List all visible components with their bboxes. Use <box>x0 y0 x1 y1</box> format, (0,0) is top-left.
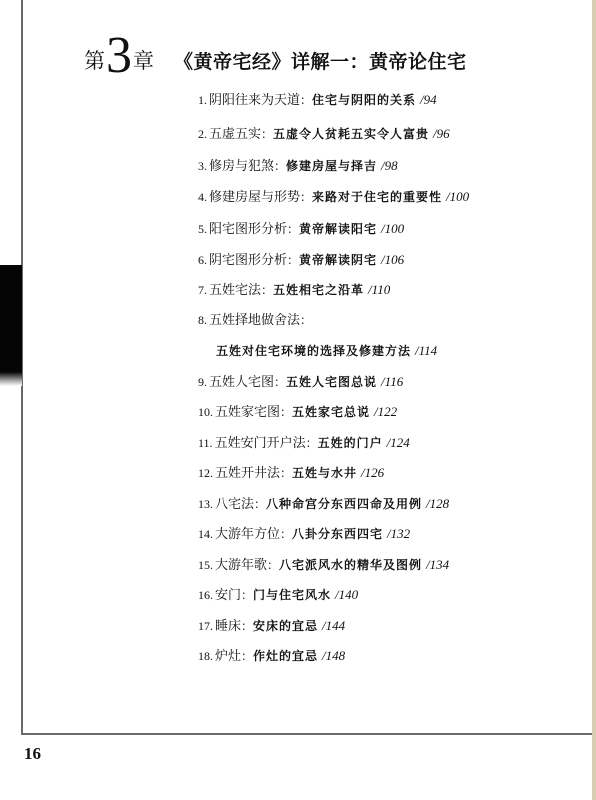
toc-entry[interactable]: 9.五姓人宅图：五姓人宅图总说/116 <box>198 374 403 391</box>
toc-entry-page: /132 <box>387 526 410 541</box>
toc-entry-separator: ： <box>241 588 253 602</box>
toc-entry-separator: ： <box>287 222 299 236</box>
toc-entry-page: /94 <box>420 92 437 107</box>
toc-entry-separator: ： <box>280 527 292 541</box>
toc-entry[interactable]: 15.大游年歌：八宅派风水的精华及图例/134 <box>198 557 449 574</box>
toc-entry-page: /122 <box>374 404 397 419</box>
toc-entry-number: 1. <box>198 93 207 107</box>
toc-entry-subtitle: 八卦分东西四宅 <box>292 527 383 541</box>
toc-entry-title: 修房与犯煞 <box>209 159 274 174</box>
chapter-prefix: 第 <box>84 51 105 78</box>
toc-entry-subtitle: 五姓对住宅环境的选择及修建方法 <box>216 344 411 358</box>
toc-entry-number: 15. <box>198 558 213 572</box>
toc-entry-page: /148 <box>322 648 345 663</box>
toc-entry-subtitle: 作灶的宜忌 <box>253 649 318 663</box>
toc-entry[interactable]: 10.五姓家宅图：五姓家宅总说/122 <box>198 404 397 421</box>
toc-entry-subtitle: 门与住宅风水 <box>253 588 331 602</box>
toc-entry-number: 17. <box>198 619 213 633</box>
toc-entry-page: /100 <box>446 189 469 204</box>
toc-entry-subtitle: 五姓与水井 <box>292 466 357 480</box>
toc-entry-subtitle: 修建房屋与择吉 <box>286 159 377 173</box>
toc-entry-page: /144 <box>322 618 345 633</box>
toc-entry-page: /134 <box>426 557 449 572</box>
toc-entry-separator: ： <box>261 283 273 297</box>
toc-entry-separator: ： <box>287 253 299 267</box>
toc-entry[interactable]: 1.阴阳往来为天道：住宅与阴阳的关系/94 <box>198 92 437 109</box>
toc-entry-page: /96 <box>433 126 450 141</box>
toc-entry-number: 4. <box>198 190 207 204</box>
page-number: 16 <box>24 744 41 764</box>
toc-entry[interactable]: 12.五姓开井法：五姓与水井/126 <box>198 465 384 482</box>
toc-entry[interactable]: 6.阴宅图形分析：黄帝解读阴宅/106 <box>198 252 404 269</box>
toc-entry-separator: ： <box>300 313 312 327</box>
toc-entry-title: 阳宅图形分析 <box>209 222 287 237</box>
toc-entry-number: 18. <box>198 649 213 663</box>
toc-entry-title: 修建房屋与形势 <box>209 190 300 205</box>
toc-entry-separator: ： <box>300 190 312 204</box>
toc-entry[interactable]: 2.五虚五实：五虚令人贫耗五实令人富贵/96 <box>198 126 450 143</box>
toc-entry-number: 13. <box>198 497 213 511</box>
toc-entry-page: /98 <box>381 158 398 173</box>
toc-entry-subtitle: 八宅派风水的精华及图例 <box>279 558 422 572</box>
toc-entry-number: 8. <box>198 313 207 327</box>
toc-entry-subtitle: 黄帝解读阳宅 <box>299 222 377 236</box>
toc-entry-title: 安门 <box>215 588 241 603</box>
toc-entry-number: 9. <box>198 375 207 389</box>
toc-entry-title: 睡床 <box>215 619 241 634</box>
toc-entry-title: 五姓择地做舍法 <box>209 313 300 328</box>
toc-entry-separator: ： <box>300 93 312 107</box>
toc-entry-separator: ： <box>267 558 279 572</box>
toc-entry-separator: ： <box>274 375 286 389</box>
thumb-tab-fade <box>0 372 22 386</box>
toc-entry[interactable]: 7.五姓宅法：五姓相宅之沿革/110 <box>198 282 390 299</box>
toc-entry-page: /126 <box>361 465 384 480</box>
toc-entry-page: /116 <box>381 374 403 389</box>
toc-entry-title: 大游年歌 <box>215 558 267 573</box>
toc-entry-number: 10. <box>198 405 213 419</box>
toc-entry-subtitle: 八种命宫分东西四命及用例 <box>266 497 422 511</box>
toc-entry-page: /114 <box>415 343 437 358</box>
toc-entry-continuation[interactable]: 五姓对住宅环境的选择及修建方法/114 <box>216 343 437 360</box>
toc-entry[interactable]: 17.睡床：安床的宜忌/144 <box>198 618 345 635</box>
toc-entry-page: /100 <box>381 221 404 236</box>
frame-bottom-rule <box>21 733 592 735</box>
toc-entry-page: /110 <box>368 282 390 297</box>
toc-entry-title: 炉灶 <box>215 649 241 664</box>
toc-entry[interactable]: 18.炉灶：作灶的宜忌/148 <box>198 648 345 665</box>
toc-entry-title: 五姓安门开户法 <box>215 436 306 451</box>
chapter-number: 3 <box>106 34 132 78</box>
toc-entry-subtitle: 黄帝解读阴宅 <box>299 253 377 267</box>
toc-entry[interactable]: 3.修房与犯煞：修建房屋与择吉/98 <box>198 158 398 175</box>
toc-entry-title: 五姓人宅图 <box>209 375 274 390</box>
toc-entry-separator: ： <box>241 619 253 633</box>
chapter-heading: 第 3 章 《黄帝宅经》详解一：黄帝论住宅 <box>84 34 467 78</box>
toc-entry[interactable]: 8.五姓择地做舍法： <box>198 312 316 329</box>
toc-entry-subtitle: 安床的宜忌 <box>253 619 318 633</box>
toc-entry-separator: ： <box>241 649 253 663</box>
toc-entry-page: /128 <box>426 496 449 511</box>
toc-entry-page: /124 <box>387 435 410 450</box>
toc-entry-number: 7. <box>198 283 207 297</box>
toc-entry-number: 11. <box>198 436 213 450</box>
toc-entry-separator: ： <box>280 405 292 419</box>
toc-entry[interactable]: 13.八宅法：八种命宫分东西四命及用例/128 <box>198 496 449 513</box>
toc-entry-number: 3. <box>198 159 207 173</box>
toc-entry[interactable]: 14.大游年方位：八卦分东西四宅/132 <box>198 526 410 543</box>
toc-entry-subtitle: 五姓的门户 <box>318 436 383 450</box>
chapter-thumb-tab <box>0 265 22 377</box>
toc-entry[interactable]: 5.阳宅图形分析：黄帝解读阳宅/100 <box>198 221 404 238</box>
toc-entry[interactable]: 16.安门：门与住宅风水/140 <box>198 587 358 604</box>
toc-entry-separator: ： <box>306 436 318 450</box>
toc-entry-number: 2. <box>198 127 207 141</box>
toc-entry-separator: ： <box>254 497 266 511</box>
toc-entry-title: 五虚五实 <box>209 127 261 142</box>
toc-entry-separator: ： <box>274 159 286 173</box>
page-edge-strip <box>592 0 596 800</box>
toc-entry-subtitle: 五姓家宅总说 <box>292 405 370 419</box>
chapter-title: 《黄帝宅经》详解一：黄帝论住宅 <box>174 53 467 78</box>
toc-entry-page: /106 <box>381 252 404 267</box>
toc-entry-subtitle: 来路对于住宅的重要性 <box>312 190 442 204</box>
toc-entry-title: 五姓开井法 <box>215 466 280 481</box>
toc-entry-title: 五姓家宅图 <box>215 405 280 420</box>
toc-entry[interactable]: 4.修建房屋与形势：来路对于住宅的重要性/100 <box>198 189 469 206</box>
toc-entry-separator: ： <box>280 466 292 480</box>
toc-entry-subtitle: 五虚令人贫耗五实令人富贵 <box>273 127 429 141</box>
toc-entry[interactable]: 11.五姓安门开户法：五姓的门户/124 <box>198 435 410 452</box>
toc-entry-title: 大游年方位 <box>215 527 280 542</box>
toc-entry-separator: ： <box>261 127 273 141</box>
toc-entry-number: 16. <box>198 588 213 602</box>
toc-entry-number: 5. <box>198 222 207 236</box>
toc-entry-number: 12. <box>198 466 213 480</box>
toc-entry-number: 6. <box>198 253 207 267</box>
chapter-suffix: 章 <box>133 51 154 78</box>
toc-entry-subtitle: 五姓人宅图总说 <box>286 375 377 389</box>
toc-entry-title: 阴阳往来为天道 <box>209 93 300 108</box>
toc-entry-title: 八宅法 <box>215 497 254 512</box>
toc-entry-title: 五姓宅法 <box>209 283 261 298</box>
toc-entry-subtitle: 住宅与阴阳的关系 <box>312 93 416 107</box>
toc-entry-title: 阴宅图形分析 <box>209 253 287 268</box>
toc-entry-number: 14. <box>198 527 213 541</box>
toc-entry-page: /140 <box>335 587 358 602</box>
toc-entry-subtitle: 五姓相宅之沿革 <box>273 283 364 297</box>
